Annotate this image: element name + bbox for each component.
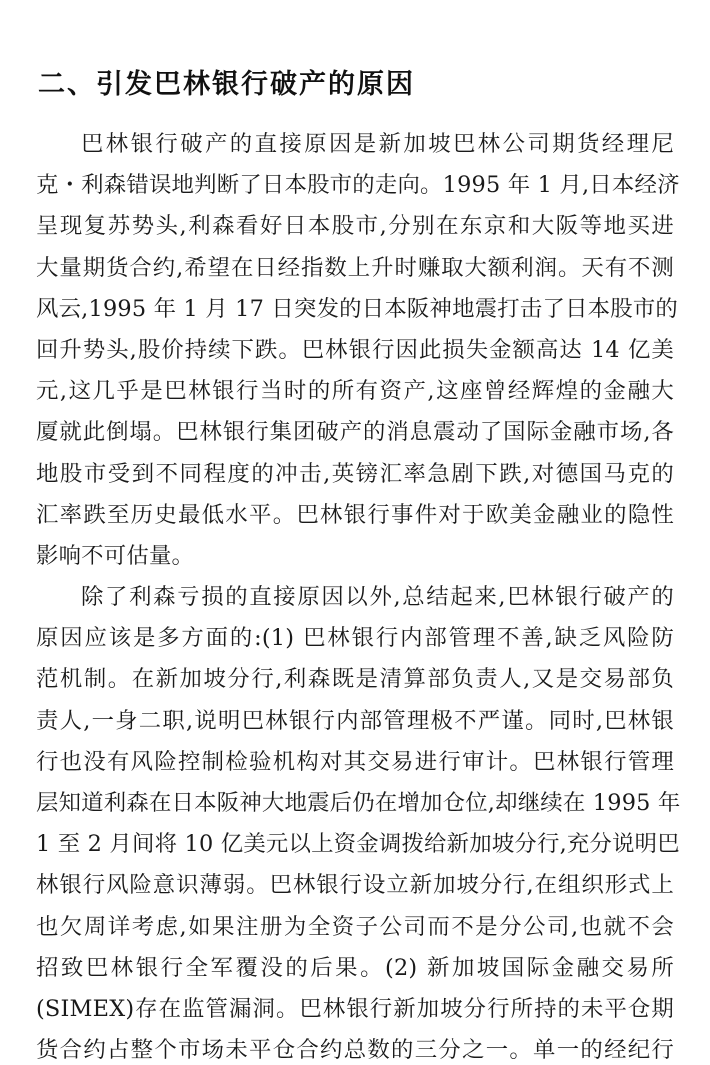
text-line: 元,这几乎是巴林银行当时的所有资产,这座曾经辉煌的金融大 [36, 371, 674, 412]
text-line: 克・利森错误地判断了日本股市的走向。1995 年 1 月,日本经济 [36, 165, 674, 206]
text-line: 货合约占整个市场未平仓合约总数的三分之一。单一的经纪行 [36, 1030, 674, 1065]
section-heading: 二、引发巴林银行破产的原因 [38, 62, 415, 101]
text-line: 影响不可估量。 [36, 536, 674, 577]
text-line: 招致巴林银行全军覆没的后果。(2) 新加坡国际金融交易所 [36, 948, 674, 989]
text-line: 范机制。在新加坡分行,利森既是清算部负责人,又是交易部负 [36, 659, 674, 700]
text-line: 原因应该是多方面的:(1) 巴林银行内部管理不善,缺乏风险防 [36, 618, 674, 659]
text-line: 地股市受到不同程度的冲击,英镑汇率急剧下跌,对德国马克的 [36, 454, 674, 495]
text-line: 除了利森亏损的直接原因以外,总结起来,巴林银行破产的 [36, 577, 674, 618]
text-line: 行也没有风险控制检验机构对其交易进行审计。巴林银行管理 [36, 742, 674, 783]
body-text: 巴林银行破产的直接原因是新加坡巴林公司期货经理尼 克・利森错误地判断了日本股市的… [36, 124, 674, 1065]
text-line: 风云,1995 年 1 月 17 日突发的日本阪神地震打击了日本股市的 [36, 289, 674, 330]
text-line: 呈现复苏势头,利森看好日本股市,分别在东京和大阪等地买进 [36, 206, 674, 247]
text-line: 层知道利森在日本阪神大地震后仍在增加仓位,却继续在 1995 年 [36, 783, 674, 824]
text-line: 汇率跌至历史最低水平。巴林银行事件对于欧美金融业的隐性 [36, 495, 674, 536]
text-line: 责人,一身二职,说明巴林银行内部管理极不严谨。同时,巴林银 [36, 701, 674, 742]
text-line: 回升势头,股价持续下跌。巴林银行因此损失金额高达 14 亿美 [36, 330, 674, 371]
text-line: 厦就此倒塌。巴林银行集团破产的消息震动了国际金融市场,各 [36, 412, 674, 453]
text-line: 林银行风险意识薄弱。巴林银行设立新加坡分行,在组织形式上 [36, 865, 674, 906]
paragraph-2: 除了利森亏损的直接原因以外,总结起来,巴林银行破产的 原因应该是多方面的:(1)… [36, 577, 674, 1065]
text-line: 大量期货合约,希望在日经指数上升时赚取大额利润。天有不测 [36, 248, 674, 289]
text-line: (SIMEX)存在监管漏洞。巴林银行新加坡分行所持的未平仓期 [36, 989, 674, 1030]
paragraph-1: 巴林银行破产的直接原因是新加坡巴林公司期货经理尼 克・利森错误地判断了日本股市的… [36, 124, 674, 577]
text-line: 1 至 2 月间将 10 亿美元以上资金调拨给新加坡分行,充分说明巴 [36, 824, 674, 865]
text-line: 巴林银行破产的直接原因是新加坡巴林公司期货经理尼 [36, 124, 674, 165]
text-line: 也欠周详考虑,如果注册为全资子公司而不是分公司,也就不会 [36, 907, 674, 948]
